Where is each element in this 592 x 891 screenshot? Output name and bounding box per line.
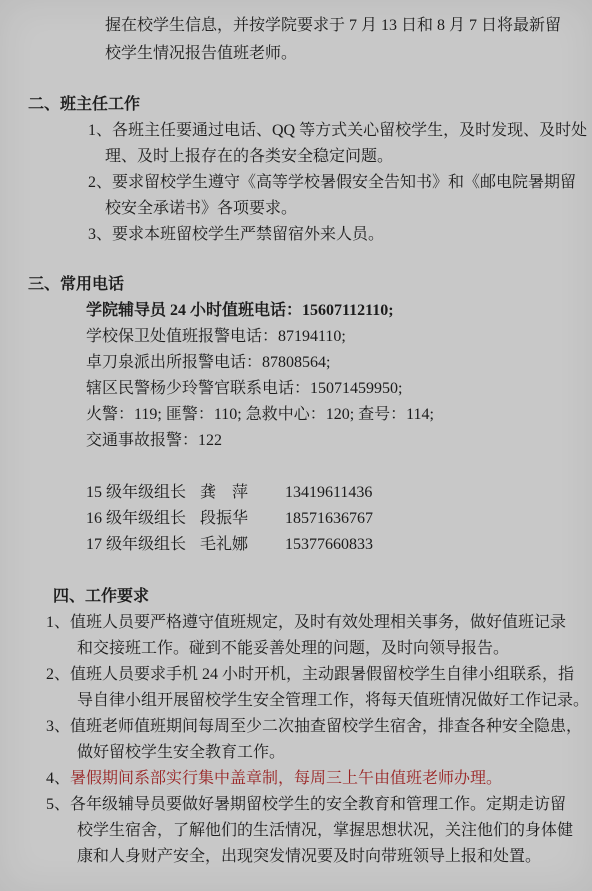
section2-item-line: 1、各班主任要通过电话、QQ 等方式关心留校学生，及时发现、及时处 <box>0 118 592 144</box>
phone-line: 辖区民警杨少玲警官联系电话：15071459950; <box>0 376 592 402</box>
leader-title: 16 级年级组长 <box>86 506 200 532</box>
leader-name: 段振华 <box>200 506 285 532</box>
item4-number: 4、 <box>46 770 70 787</box>
leader-row: 16 级年级组长 段振华 18571636767 <box>0 506 592 532</box>
section4-item-line: 校学生宿舍，了解他们的生活情况，掌握思想状况，关注他们的身体健 <box>0 818 592 844</box>
item4-red-text: 暑假期间系部实行集中盖章制，每周三上午由值班老师办理。 <box>70 770 502 787</box>
leader-name: 毛礼娜 <box>200 532 285 558</box>
section4-item-line: 导自律小组开展留校学生安全管理工作，将每天值班情况做好工作记录。 <box>0 688 592 714</box>
section2-item-line: 校安全承诺书》各项要求。 <box>0 196 592 222</box>
document-page: 握在校学生信息，并按学院要求于 7 月 13 日和 8 月 7 日将最新留 校学… <box>0 0 592 891</box>
section2-item-line: 理、及时上报存在的各类安全稳定问题。 <box>0 144 592 170</box>
grade-leader-list: 15 级年级组长 龚 萍 13419611436 16 级年级组长 段振华 18… <box>0 480 592 558</box>
leader-phone: 13419611436 <box>285 480 372 506</box>
phone-line: 卓刀泉派出所报警电话：87808564; <box>0 350 592 376</box>
section4-item-line: 做好留校学生安全教育工作。 <box>0 740 592 766</box>
section4-item-line: 2、值班人员要求手机 24 小时开机，主动跟暑假留校学生自律小组联系，指 <box>0 662 592 688</box>
section4-item-line: 康和人身财产安全，出现突发情况要及时向带班领导上报和处置。 <box>0 844 592 870</box>
section4-item-line: 3、值班老师值班期间每周至少二次抽查留校学生宿舍，排查各种安全隐患， <box>0 714 592 740</box>
phone-line: 学校保卫处值班报警电话：87194110; <box>0 324 592 350</box>
section4-item4-line: 4、暑假期间系部实行集中盖章制，每周三上午由值班老师办理。 <box>0 766 592 792</box>
leader-row: 17 级年级组长 毛礼娜 15377660833 <box>0 532 592 558</box>
leader-title: 17 级年级组长 <box>86 532 200 558</box>
section4-heading: 四、工作要求 <box>0 584 592 610</box>
counselor-hotline-line: 学院辅导员 24 小时值班电话：15607112110; <box>0 298 592 324</box>
leader-phone: 18571636767 <box>285 506 373 532</box>
leader-title: 15 级年级组长 <box>86 480 200 506</box>
leader-phone: 15377660833 <box>285 532 373 558</box>
section4-item-line: 1、值班人员要严格遵守值班规定，及时有效处理相关事务，做好值班记录 <box>0 610 592 636</box>
section4-item-line: 和交接班工作。碰到不能妥善处理的问题，及时向领导报告。 <box>0 636 592 662</box>
phone-line: 交通事故报警：122 <box>0 428 592 454</box>
intro-line: 握在校学生信息，并按学院要求于 7 月 13 日和 8 月 7 日将最新留 <box>0 12 592 40</box>
section3-heading: 三、常用电话 <box>0 272 592 298</box>
section2-item-line: 3、要求本班留校学生严禁留宿外来人员。 <box>0 222 592 248</box>
section2-item-line: 2、要求留校学生遵守《高等学校暑假安全告知书》和《邮电院暑期留 <box>0 170 592 196</box>
leader-row: 15 级年级组长 龚 萍 13419611436 <box>0 480 592 506</box>
intro-line: 校学生情况报告值班老师。 <box>0 40 592 68</box>
phone-line: 火警：119; 匪警：110; 急救中心：120; 查号：114; <box>0 402 592 428</box>
section2-heading: 二、班主任工作 <box>0 92 592 118</box>
intro-paragraph: 握在校学生信息，并按学院要求于 7 月 13 日和 8 月 7 日将最新留 校学… <box>0 12 592 68</box>
leader-name: 龚 萍 <box>200 480 285 506</box>
section4-item-line: 5、各年级辅导员要做好暑期留校学生的安全教育和管理工作。定期走访留 <box>0 792 592 818</box>
